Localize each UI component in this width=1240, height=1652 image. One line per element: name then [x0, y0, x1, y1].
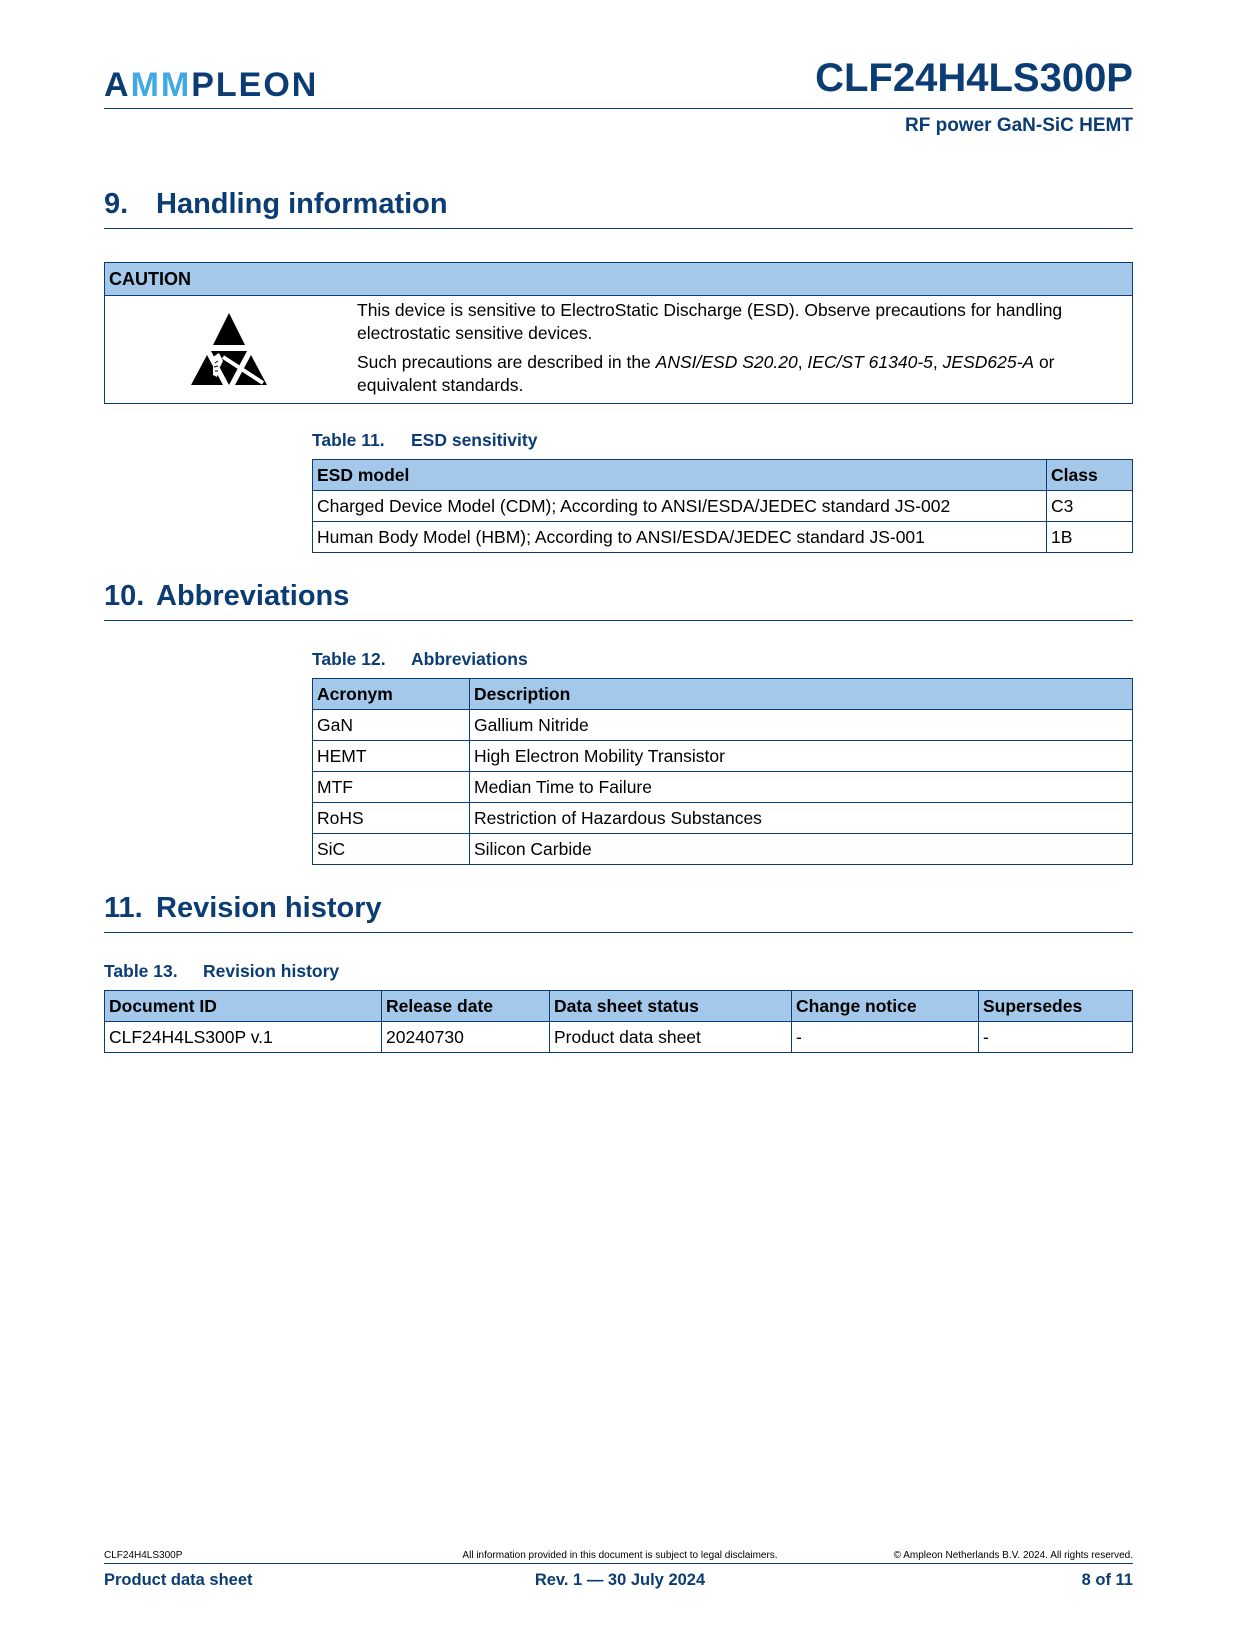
table-cell: 20240730: [382, 1022, 550, 1053]
page-number: 8 of 11: [1082, 1571, 1133, 1590]
caution-box: CAUTION This device is sensitive to Elec…: [104, 262, 1133, 404]
product-name: CLF24H4LS300P: [815, 56, 1133, 101]
caution-text-fragment: Such precautions are described in the: [357, 352, 656, 372]
table-cell: Human Body Model (HBM); According to ANS…: [313, 522, 1047, 553]
table-cell: High Electron Mobility Transistor: [470, 741, 1133, 772]
table-row: SiCSilicon Carbide: [313, 834, 1133, 865]
table-cell: MTF: [313, 772, 470, 803]
table-number: Table 13.: [104, 961, 203, 982]
caution-paragraph-2: Such precautions are described in the AN…: [357, 351, 1127, 397]
table-row: Human Body Model (HBM); According to ANS…: [313, 522, 1133, 553]
table-cell: 1B: [1047, 522, 1133, 553]
esd-warning-icon: [189, 311, 269, 387]
column-header: Change notice: [792, 991, 979, 1022]
column-header: Description: [470, 679, 1133, 710]
footer-revision: Rev. 1 — 30 July 2024: [455, 1571, 785, 1590]
table-header-row: ESD model Class: [313, 460, 1133, 491]
standard-jesd: JESD625-A: [943, 352, 1034, 372]
section-rule: [104, 932, 1133, 933]
caution-paragraph-1: This device is sensitive to ElectroStati…: [357, 299, 1127, 345]
column-header: Supersedes: [979, 991, 1133, 1022]
table-12-caption: Table 12.Abbreviations: [312, 649, 528, 670]
section-rule: [104, 620, 1133, 621]
section-rule: [104, 228, 1133, 229]
column-header: Acronym: [313, 679, 470, 710]
table-row: MTFMedian Time to Failure: [313, 772, 1133, 803]
table-cell: Silicon Carbide: [470, 834, 1133, 865]
logo-text-pleon: PLEON: [191, 66, 318, 104]
table-13-caption: Table 13.Revision history: [104, 961, 339, 982]
standard-ansi: ANSI/ESD S20.20: [656, 352, 798, 372]
column-header: Release date: [382, 991, 550, 1022]
table-cell: Product data sheet: [550, 1022, 792, 1053]
section-title: Abbreviations: [156, 580, 349, 612]
abbreviations-table: Acronym Description GaNGallium Nitride H…: [312, 678, 1133, 865]
caution-text-fragment: ,: [933, 352, 943, 372]
table-cell: HEMT: [313, 741, 470, 772]
table-cell: -: [979, 1022, 1133, 1053]
table-header-row: Document ID Release date Data sheet stat…: [105, 991, 1133, 1022]
column-header: Class: [1047, 460, 1133, 491]
table-cell: Gallium Nitride: [470, 710, 1133, 741]
header-rule: [104, 108, 1133, 109]
column-header: ESD model: [313, 460, 1047, 491]
column-header: Document ID: [105, 991, 382, 1022]
section-title: Revision history: [156, 892, 382, 924]
caution-text: This device is sensitive to ElectroStati…: [357, 299, 1127, 403]
caution-heading: CAUTION: [105, 263, 1132, 296]
column-header: Data sheet status: [550, 991, 792, 1022]
table-header-row: Acronym Description: [313, 679, 1133, 710]
table-cell: CLF24H4LS300P v.1: [105, 1022, 382, 1053]
table-cell: GaN: [313, 710, 470, 741]
section-number: 10.: [104, 580, 156, 613]
table-number: Table 11.: [312, 430, 411, 451]
table-row: Charged Device Model (CDM); According to…: [313, 491, 1133, 522]
table-cell: Median Time to Failure: [470, 772, 1133, 803]
caution-text-fragment: ,: [798, 352, 808, 372]
table-cell: RoHS: [313, 803, 470, 834]
product-subtitle: RF power GaN-SiC HEMT: [905, 115, 1133, 137]
section-heading-revision-history: 11.Revision history: [104, 892, 382, 925]
table-number: Table 12.: [312, 649, 411, 670]
section-number: 9.: [104, 188, 156, 221]
logo-text-mm: MM: [131, 66, 192, 104]
table-row: GaNGallium Nitride: [313, 710, 1133, 741]
table-cell: C3: [1047, 491, 1133, 522]
section-heading-handling: 9.Handling information: [104, 188, 448, 221]
footer-rule: [104, 1563, 1133, 1564]
table-cell: -: [792, 1022, 979, 1053]
table-cell: Charged Device Model (CDM); According to…: [313, 491, 1047, 522]
standard-iec: IEC/ST 61340-5: [807, 352, 932, 372]
footer-disclaimer: All information provided in this documen…: [455, 1550, 785, 1561]
footer-doc-id: CLF24H4LS300P: [104, 1550, 182, 1561]
section-heading-abbreviations: 10.Abbreviations: [104, 580, 349, 613]
section-number: 11.: [104, 892, 156, 925]
revision-history-table: Document ID Release date Data sheet stat…: [104, 990, 1133, 1053]
table-title: Abbreviations: [411, 649, 528, 669]
ampleon-logo: AMMPLEON: [104, 66, 318, 105]
table-title: ESD sensitivity: [411, 430, 537, 450]
footer-copyright: © Ampleon Netherlands B.V. 2024. All rig…: [894, 1550, 1133, 1561]
footer-doc-type: Product data sheet: [104, 1571, 253, 1590]
table-row: HEMTHigh Electron Mobility Transistor: [313, 741, 1133, 772]
table-cell: Restriction of Hazardous Substances: [470, 803, 1133, 834]
table-11-caption: Table 11.ESD sensitivity: [312, 430, 537, 451]
table-row: RoHSRestriction of Hazardous Substances: [313, 803, 1133, 834]
logo-text-a: A: [104, 66, 131, 104]
table-cell: SiC: [313, 834, 470, 865]
section-title: Handling information: [156, 188, 448, 220]
esd-sensitivity-table: ESD model Class Charged Device Model (CD…: [312, 459, 1133, 553]
table-row: CLF24H4LS300P v.1 20240730 Product data …: [105, 1022, 1133, 1053]
table-title: Revision history: [203, 961, 339, 981]
